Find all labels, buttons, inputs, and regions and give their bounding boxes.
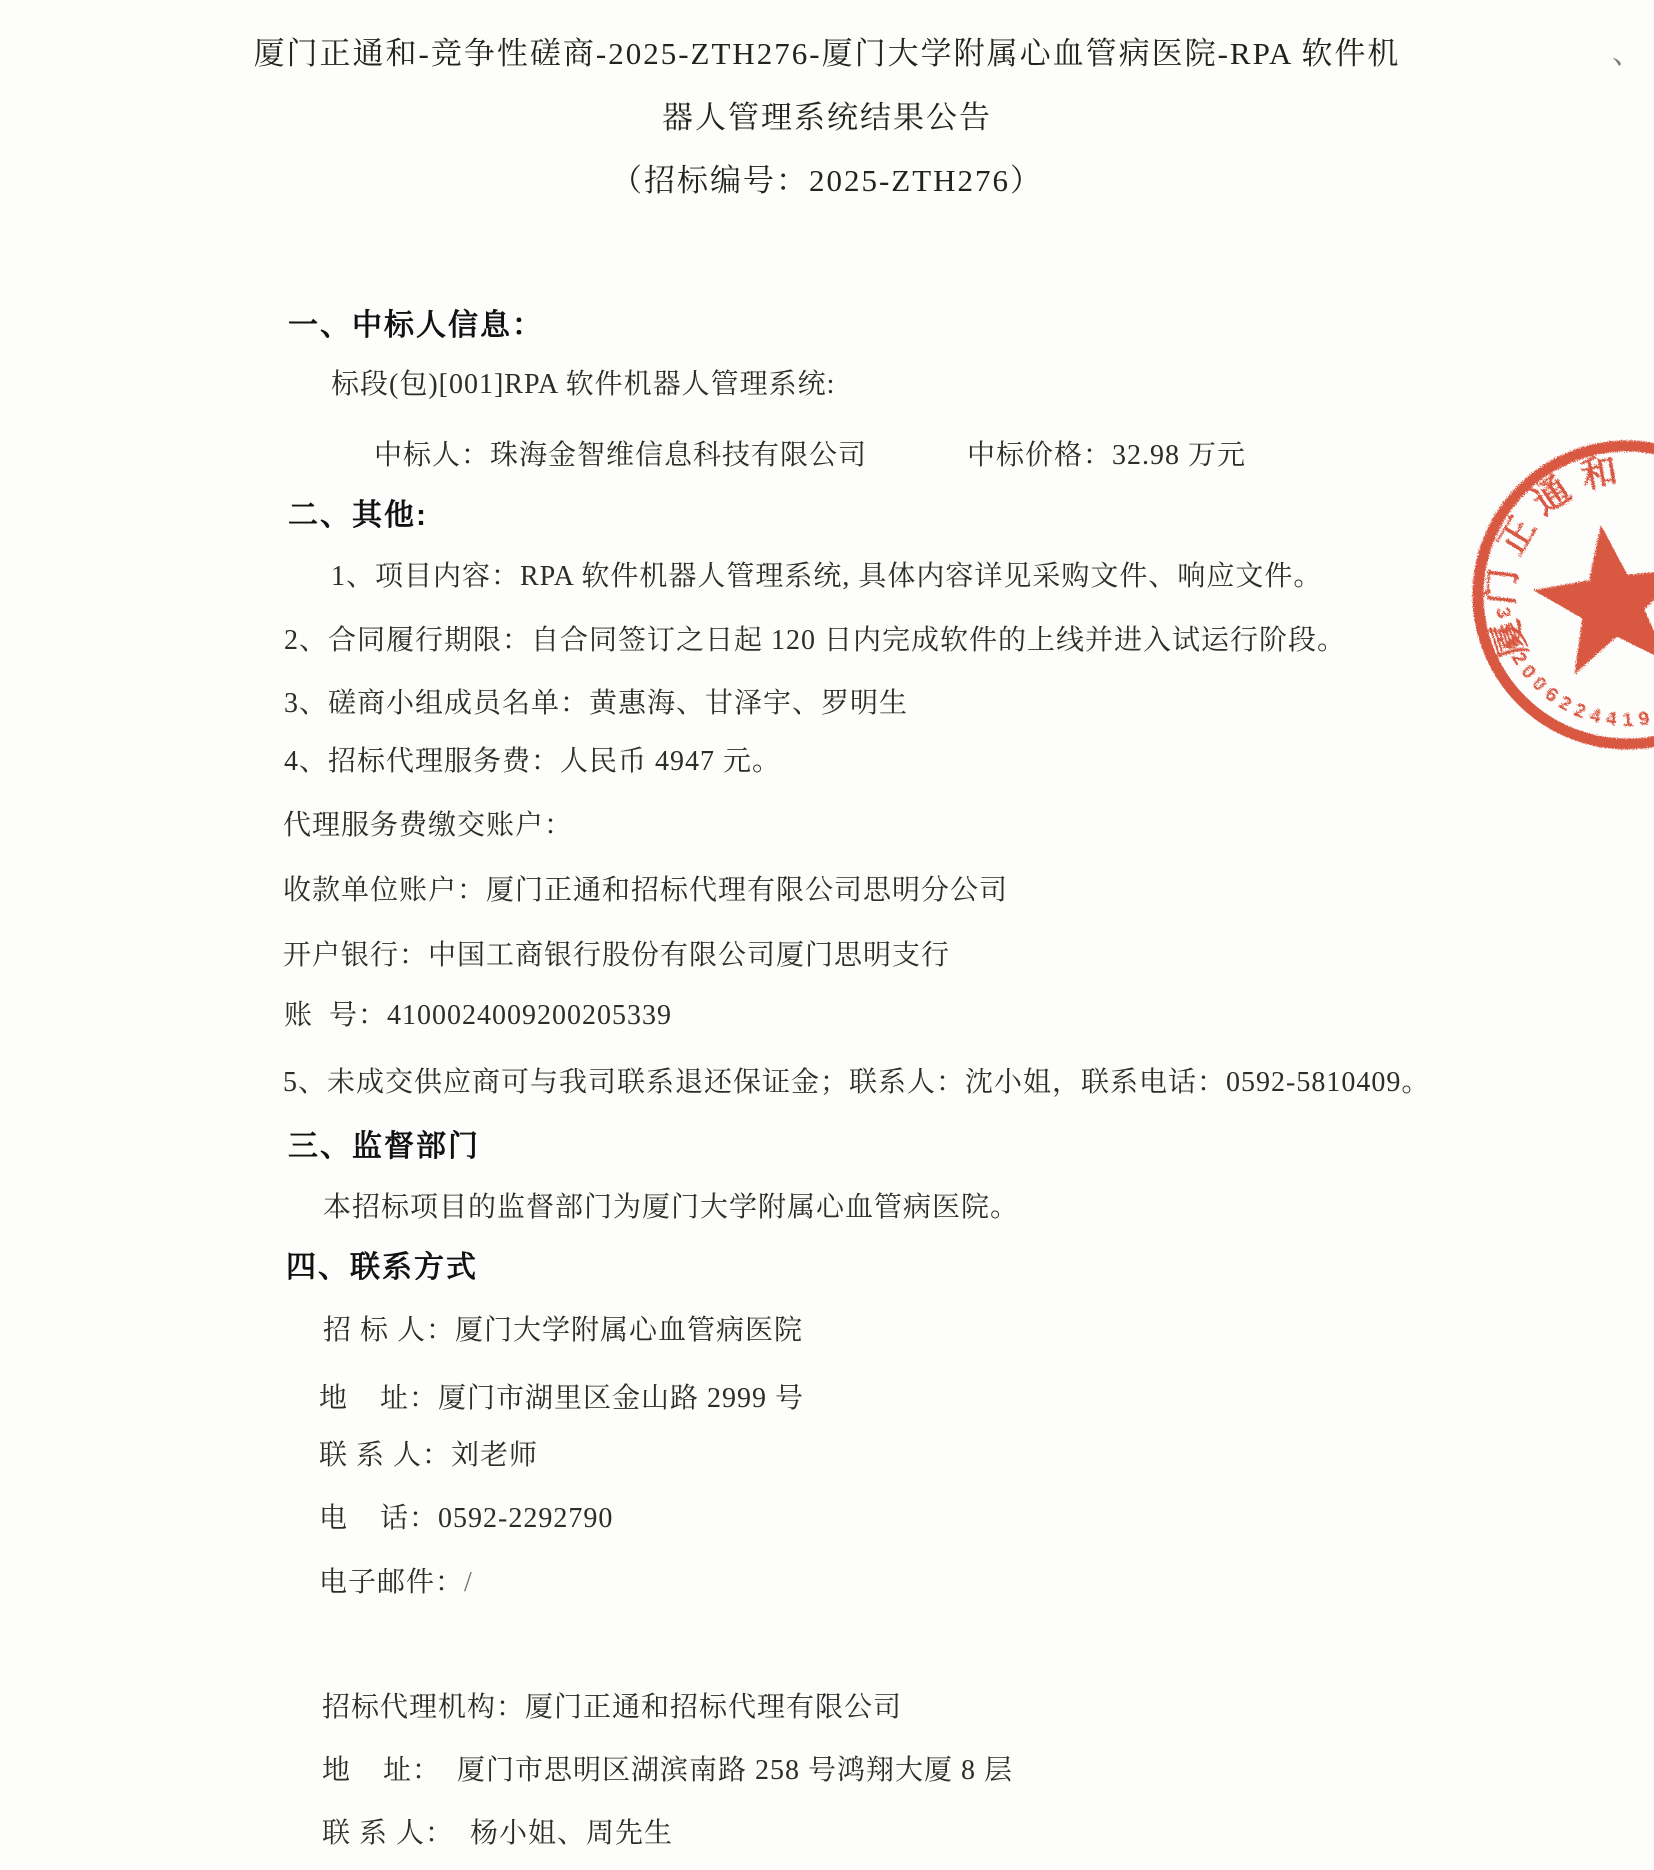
seal-company-textpath: 厦门正通和 xyxy=(1479,448,1632,663)
seal-star-icon xyxy=(1526,514,1654,678)
account-number-line: 账 号：4100024009200205339 xyxy=(284,993,672,1033)
tender-number-line: （招标编号：2025-ZTH276） xyxy=(0,155,1654,200)
tenderer-phone-line: 电 话：0592-2292790 xyxy=(319,1496,613,1536)
agency-line: 招标代理机构：厦门正通和招标代理有限公司 xyxy=(322,1685,902,1725)
scanned-document-page: { "title": { "line1": "厦门正通和-竞争性磋商-2025-… xyxy=(0,0,1654,1870)
price-line: 中标价格：32.98 万元 xyxy=(967,433,1246,473)
email-label: 电子邮件： xyxy=(319,1567,464,1598)
seal-ring xyxy=(1478,446,1654,744)
other-item-5: 5、未成交供应商可与我司联系退还保证金；联系人：沈小姐，联系电话：0592-58… xyxy=(283,1060,1430,1100)
section3-heading: 三、监督部门 xyxy=(288,1121,480,1165)
document-title-line2: 器人管理系统结果公告 xyxy=(0,92,1654,137)
other-item-3: 3、磋商小组成员名单：黄惠海、甘泽宇、罗明生 xyxy=(284,681,908,721)
other-item-1: 1、项目内容：RPA 软件机器人管理系统, 具体内容详见采购文件、响应文件。 xyxy=(331,554,1322,594)
seal-company-arc-text: 厦门正通和 xyxy=(1479,448,1632,663)
payee-line: 收款单位账户：厦门正通和招标代理有限公司思明分公司 xyxy=(283,868,1008,908)
agency-contact-line: 联 系 人： 杨小姐、周先生 xyxy=(322,1811,673,1851)
section1-heading: 一、中标人信息： xyxy=(288,300,544,344)
email-value: / xyxy=(464,1567,473,1598)
section2-heading: 二、其他: xyxy=(288,490,428,534)
tenderer-line: 招 标 人：厦门大学附属心血管病医院 xyxy=(323,1308,803,1348)
lot-line: 标段(包)[001]RPA 软件机器人管理系统: xyxy=(331,362,835,402)
tenderer-email-line: 电子邮件：/ xyxy=(319,1560,473,1600)
scan-artifact-mark: 、 xyxy=(1612,28,1642,72)
other-item-2: 2、合同履行期限：自合同签订之日起 120 日内完成软件的上线并进入试运行阶段。 xyxy=(284,618,1346,658)
seal-serial-textpath: 3502006224419 xyxy=(1491,606,1654,731)
official-seal: 厦门正通和 3502006224419 xyxy=(1462,430,1654,770)
document-page: 厦门正通和-竞争性磋商-2025-ZTH276-厦门大学附属心血管病医院-RPA… xyxy=(0,0,1654,1870)
section4-heading: 四、联系方式 xyxy=(286,1242,478,1286)
agency-address-line: 地 址： 厦门市思明区湖滨南路 258 号鸿翔大厦 8 层 xyxy=(322,1748,1013,1788)
winner-line: 中标人：珠海金智维信息科技有限公司 xyxy=(374,433,867,473)
document-title-line1: 厦门正通和-竞争性磋商-2025-ZTH276-厦门大学附属心血管病医院-RPA… xyxy=(0,28,1654,73)
tenderer-contact-line: 联 系 人：刘老师 xyxy=(319,1433,538,1473)
supervision-body: 本招标项目的监督部门为厦门大学附属心血管病医院。 xyxy=(323,1185,1019,1225)
bank-line: 开户银行：中国工商银行股份有限公司厦门思明支行 xyxy=(283,933,950,973)
seal-serial-number: 3502006224419 xyxy=(1491,606,1654,731)
other-item-4: 4、招标代理服务费：人民币 4947 元。 xyxy=(284,739,781,779)
fee-account-intro: 代理服务费缴交账户： xyxy=(283,803,573,843)
tenderer-address-line: 地 址：厦门市湖里区金山路 2999 号 xyxy=(319,1376,804,1416)
